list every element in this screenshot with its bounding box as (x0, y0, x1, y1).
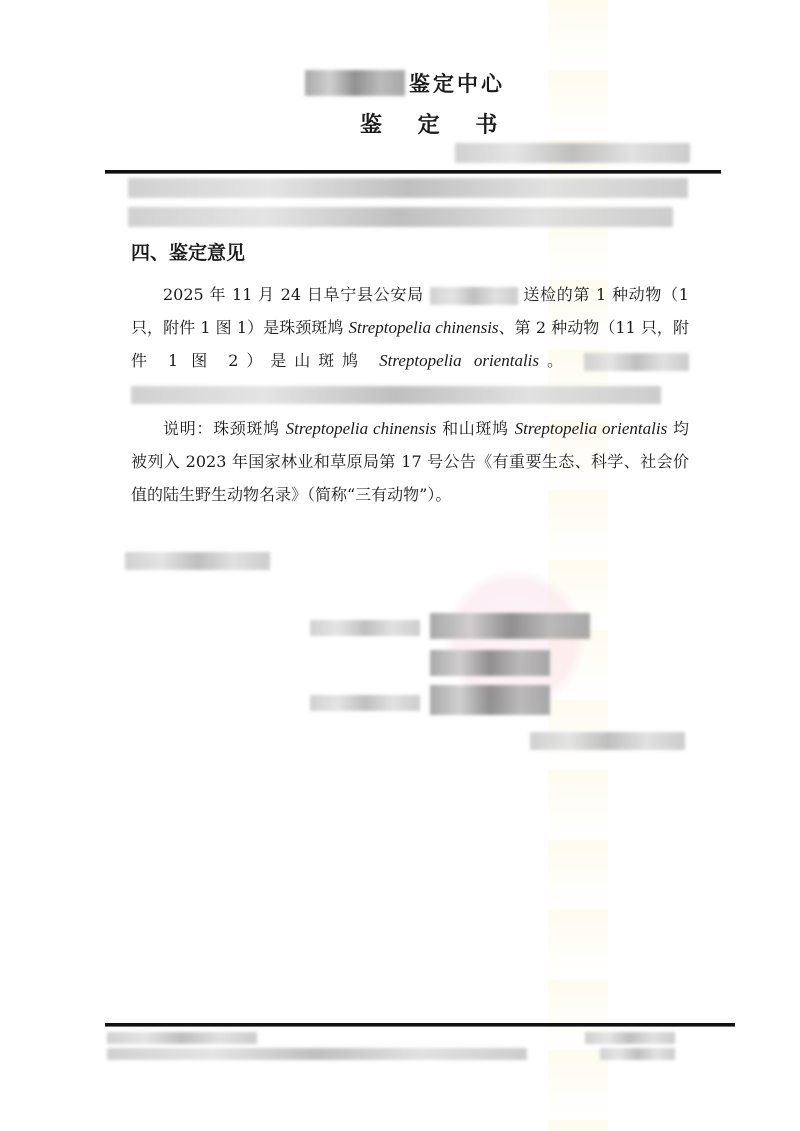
redacted-footer-text (600, 1048, 675, 1060)
opinion-paragraph: 2025 年 11 月 24 日阜宁县公安局 送检的第 1 种动物（1 只，附件… (131, 278, 689, 410)
note-text: 和山斑鸠 (436, 419, 514, 438)
redacted-text (131, 386, 661, 404)
redacted-footer-text (585, 1032, 675, 1044)
redacted-signature-label (310, 620, 420, 636)
species-name: Streptopelia chinensis (286, 419, 437, 438)
redacted-signature-label (310, 695, 420, 711)
opinion-text: 2025 年 11 月 24 日阜宁县公安局 (163, 285, 424, 304)
redacted-signature (430, 613, 590, 639)
redacted-document-number (455, 143, 690, 163)
header-rule (105, 170, 721, 174)
redacted-date (530, 732, 685, 750)
footer-rule (105, 1023, 735, 1027)
redacted-footer-text (107, 1048, 527, 1060)
species-name: Streptopelia orientalis (515, 419, 668, 438)
note-paragraph: 说明：珠颈斑鸠 Streptopelia chinensis 和山斑鸠 Stre… (131, 412, 689, 511)
opinion-text: 。 (539, 351, 571, 370)
redacted-text-line (128, 207, 673, 227)
org-title: 鉴定中心 (305, 68, 505, 98)
redacted-unit (430, 287, 518, 305)
section-heading: 四、鉴定意见 (131, 238, 245, 265)
redacted-org-name (305, 70, 405, 96)
redacted-text (584, 353, 689, 371)
redacted-signature (430, 685, 550, 715)
species-name: Streptopelia chinensis (349, 318, 499, 337)
species-name: Streptopelia orientalis (379, 351, 539, 370)
redacted-footer-text (107, 1032, 257, 1044)
redacted-attachment-line (125, 552, 270, 570)
redacted-text-line (128, 178, 688, 198)
redacted-signature (430, 650, 550, 676)
note-text: 说明：珠颈斑鸠 (163, 419, 286, 438)
document-title: 鉴 定 书 (360, 108, 511, 139)
org-title-suffix: 鉴定中心 (409, 68, 505, 98)
